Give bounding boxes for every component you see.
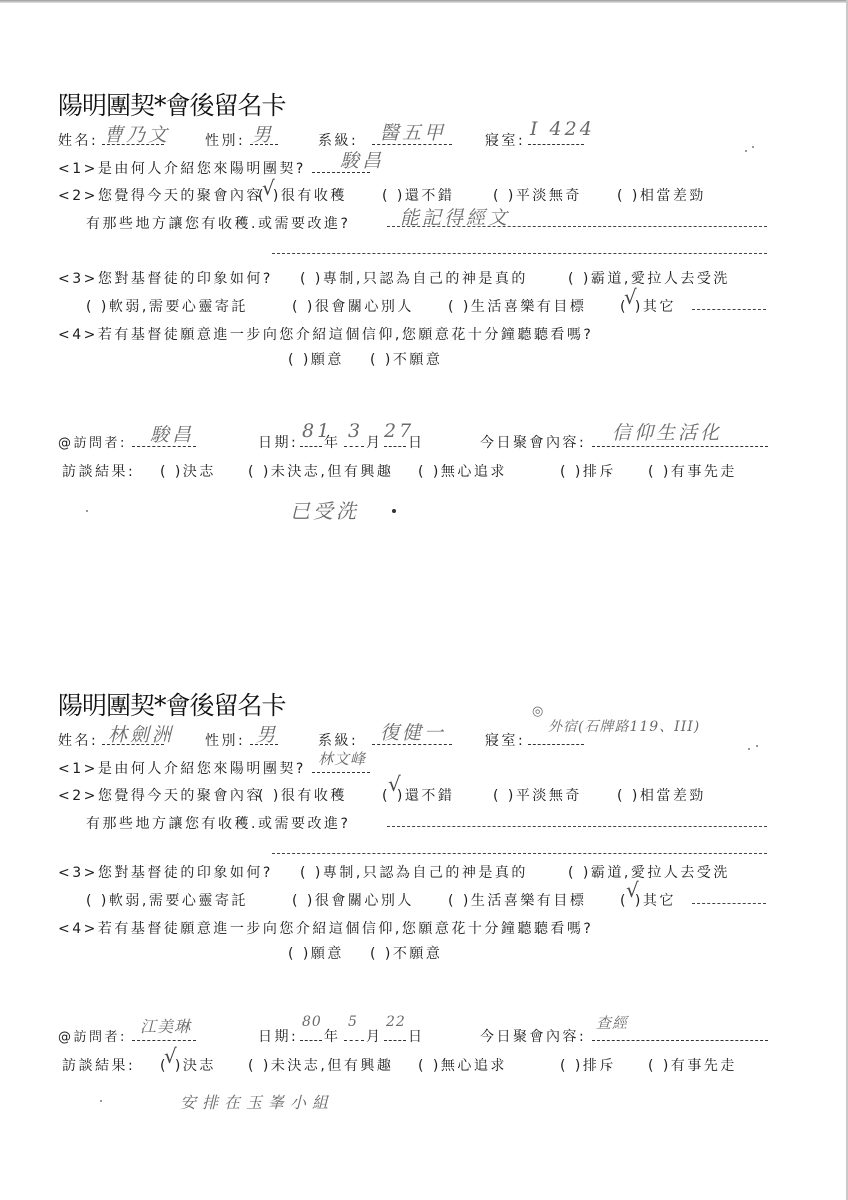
name-label: 姓名: <box>58 130 98 150</box>
card-title: 陽明團契*會後留名卡 <box>58 686 286 722</box>
date-month-value: 5 <box>348 1014 358 1030</box>
q4-option-no[interactable]: ( )不願意 <box>370 943 442 963</box>
result-option-5[interactable]: ( )有事先走 <box>648 461 737 481</box>
q2-label: <2>您覺得今天的聚會內容 <box>58 185 263 205</box>
q3-option-2[interactable]: ( )霸道,愛拉人去受洗 <box>568 268 730 288</box>
month-unit: 月 <box>366 432 383 452</box>
card-title: 陽明團契*會後留名卡 <box>58 86 286 122</box>
year-unit: 年 <box>324 432 341 452</box>
ink-dot <box>392 509 396 513</box>
q4-label: <4>若有基督徒願意進一步向您介紹這個信仰,您願意花十分鐘聽聽看嗎? <box>58 918 593 938</box>
result-option-2[interactable]: ( )未決志,但有興趣 <box>248 461 393 481</box>
scan-speck <box>745 150 747 152</box>
result-option-2[interactable]: ( )未決志,但有興趣 <box>248 1055 393 1075</box>
today-content-label: 今日聚會內容: <box>480 432 586 452</box>
name-value: 曹乃文 <box>104 120 170 147</box>
q2-comment-line-2[interactable] <box>272 853 767 854</box>
dorm-value: 外宿(石牌路119、III) <box>548 716 700 736</box>
dorm-label: 寢室: <box>485 730 525 750</box>
q3-option-2[interactable]: ( )霸道,愛拉人去受洗 <box>568 862 730 882</box>
q3-option-1[interactable]: ( )專制,只認為自己的神是真的 <box>300 268 528 288</box>
today-content-value: 信仰生活化 <box>612 418 722 445</box>
q2-option-3[interactable]: ( )平淡無奇 <box>493 785 582 805</box>
result-option-5[interactable]: ( )有事先走 <box>648 1055 737 1075</box>
q3-option-4[interactable]: ( )很會關心別人 <box>292 296 414 316</box>
introducer-value: 林文峰 <box>318 748 366 769</box>
q3-option-3[interactable]: ( )軟弱,需要心靈寄託 <box>86 890 248 910</box>
q3-option-1[interactable]: ( )專制,只認為自己的神是真的 <box>300 862 528 882</box>
q2-followup-label: 有那些地方讓您有收穫.或需要改進? <box>86 213 350 233</box>
gender-value: 男 <box>252 120 274 147</box>
today-content-value: 查經 <box>596 1012 628 1033</box>
q4-option-yes[interactable]: ( )願意 <box>288 349 344 369</box>
visitor-value: 江美琳 <box>140 1014 191 1037</box>
result-option-4[interactable]: ( )排斥 <box>560 461 616 481</box>
handwritten-note: 安排在玉峯小組 <box>180 1090 334 1113</box>
q3-option-5[interactable]: ( )生活喜樂有目標 <box>448 296 586 316</box>
date-label: 日期: <box>258 1026 298 1046</box>
gender-value: 男 <box>256 720 278 747</box>
department-label: 系級: <box>318 730 358 750</box>
checkmark-icon: √ <box>624 285 637 309</box>
result-label: 訪談結果: <box>62 1055 135 1075</box>
date-label: 日期: <box>258 432 298 452</box>
date-year-value: 80 <box>302 1014 322 1030</box>
circled-mark-icon: ◎ <box>532 704 546 719</box>
visitor-value: 駿昌 <box>150 420 194 447</box>
q3-label: <3>您對基督徒的印象如何? <box>58 268 273 288</box>
date-month-value: 3 <box>348 420 363 442</box>
visitor-label: @訪問者: <box>58 432 127 451</box>
handwritten-note: 已受洗 <box>290 495 359 524</box>
q2-option-1[interactable]: ( )很有收穫 <box>258 785 347 805</box>
day-unit: 日 <box>408 1026 425 1046</box>
scan-speck <box>86 510 88 512</box>
result-option-4[interactable]: ( )排斥 <box>560 1055 616 1075</box>
q3-option-4[interactable]: ( )很會關心別人 <box>292 890 414 910</box>
checkmark-icon: √ <box>388 772 401 796</box>
q2-label: <2>您覺得今天的聚會內容 <box>58 785 263 805</box>
year-unit: 年 <box>324 1026 341 1046</box>
name-value: 林劍洲 <box>108 720 174 747</box>
q3-other-line[interactable] <box>692 309 766 310</box>
result-label: 訪談結果: <box>62 461 135 481</box>
q3-option-5[interactable]: ( )生活喜樂有目標 <box>448 890 586 910</box>
scan-speck <box>100 1100 102 1102</box>
q4-option-yes[interactable]: ( )願意 <box>288 943 344 963</box>
q3-other-line[interactable] <box>692 903 766 904</box>
scan-speck <box>748 748 750 750</box>
month-unit: 月 <box>366 1026 383 1046</box>
dorm-value: I 424 <box>530 118 595 140</box>
q2-followup-label: 有那些地方讓您有收穫.或需要改進? <box>86 813 350 833</box>
name-label: 姓名: <box>58 730 98 750</box>
dorm-label: 寢室: <box>485 130 525 150</box>
introducer-value: 駿昌 <box>340 146 384 173</box>
checkmark-icon: √ <box>262 176 275 200</box>
q2-option-4[interactable]: ( )相當差勁 <box>617 785 706 805</box>
date-day-value: 22 <box>386 1014 406 1030</box>
result-option-3[interactable]: ( )無心追求 <box>418 1055 507 1075</box>
q2-comment-value: 能記得經文 <box>400 203 510 230</box>
today-content-label: 今日聚會內容: <box>480 1026 586 1046</box>
gender-label: 性別: <box>205 730 245 750</box>
checkmark-icon: √ <box>164 1044 177 1068</box>
q3-label: <3>您對基督徒的印象如何? <box>58 862 273 882</box>
q2-comment-line-1[interactable] <box>387 826 767 827</box>
result-option-1[interactable]: ( )決志 <box>160 461 216 481</box>
visitor-label: @訪問者: <box>58 1026 127 1045</box>
gender-label: 性別: <box>205 130 245 150</box>
feedback-card-2: 陽明團契*會後留名卡 姓名: 林劍洲 性別: 男 系級: 復健一 寢室: ◎ 外… <box>0 600 848 1060</box>
q4-label: <4>若有基督徒願意進一步向您介紹這個信仰,您願意花十分鐘聽聽看嗎? <box>58 324 593 344</box>
department-value: 復健一 <box>380 718 446 745</box>
scan-speck <box>752 146 754 148</box>
feedback-card-1: 陽明團契*會後留名卡 姓名: 曹乃文 性別: 男 系級: 醫五甲 寢室: I 4… <box>0 0 848 460</box>
q2-option-4[interactable]: ( )相當差勁 <box>617 185 706 205</box>
q4-option-no[interactable]: ( )不願意 <box>370 349 442 369</box>
checkmark-icon: √ <box>626 878 639 902</box>
department-value: 醫五甲 <box>380 118 446 145</box>
result-option-3[interactable]: ( )無心追求 <box>418 461 507 481</box>
q3-option-3[interactable]: ( )軟弱,需要心靈寄託 <box>86 296 248 316</box>
q2-comment-line-2[interactable] <box>272 253 767 254</box>
scan-speck <box>756 745 758 747</box>
q1-label: <1>是由何人介紹您來陽明團契? <box>58 758 306 778</box>
q2-option-2[interactable]: ( )還不錯 <box>382 185 454 205</box>
day-unit: 日 <box>408 432 425 452</box>
q2-option-3[interactable]: ( )平淡無奇 <box>493 185 582 205</box>
q1-label: <1>是由何人介紹您來陽明團契? <box>58 158 306 178</box>
